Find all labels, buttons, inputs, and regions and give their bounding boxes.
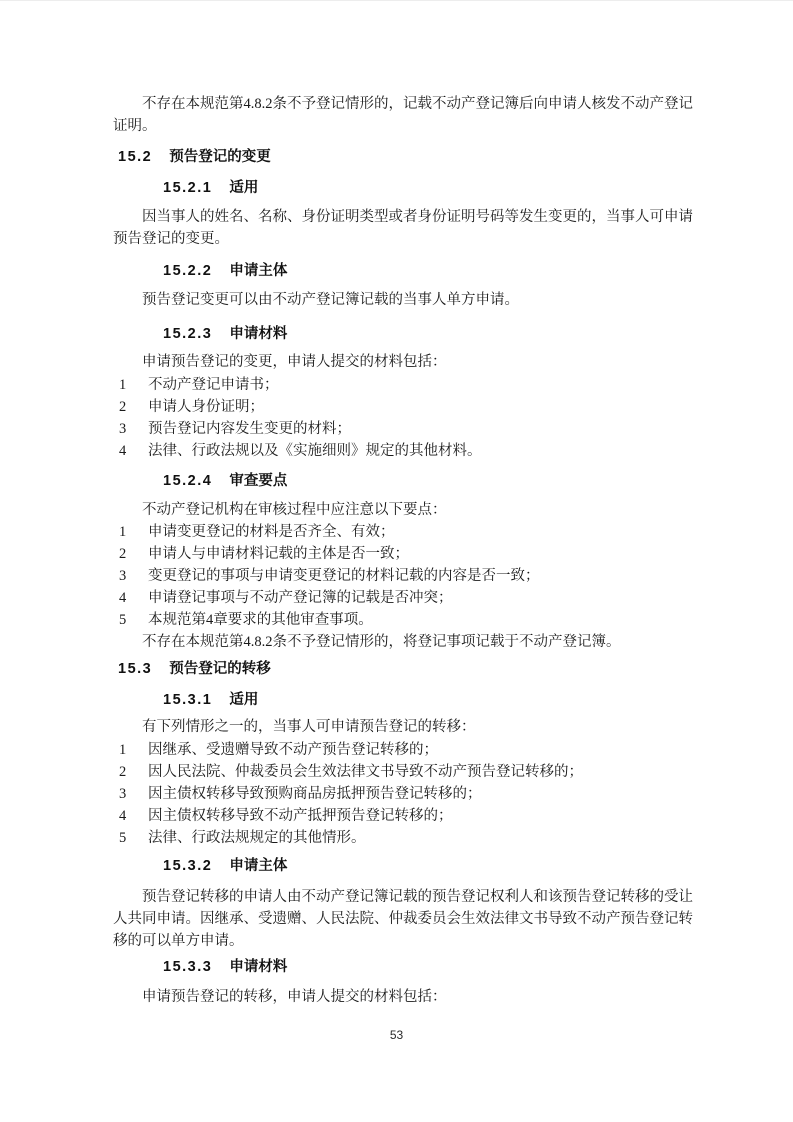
paragraph: 预告登记转移的申请人由不动产登记簿记载的预告登记权利人和该预告登记转移的受让人共… xyxy=(113,886,693,952)
subsection-title: 申请主体 xyxy=(229,263,287,279)
list-item-number: 3 xyxy=(119,783,148,805)
list-item-number: 3 xyxy=(119,565,148,587)
list-item-text: 因主债权转移导致预购商品房抵押预告登记转移的； xyxy=(148,783,693,805)
list-item-text: 变更登记的事项与申请变更登记的材料记载的内容是否一致； xyxy=(148,565,693,587)
list-item-text: 不动产登记申请书； xyxy=(148,374,693,396)
list-item-number: 4 xyxy=(119,440,148,462)
subsection-title: 申请材料 xyxy=(229,959,287,975)
list-item-text: 申请变更登记的材料是否齐全、有效； xyxy=(148,521,693,543)
subsection-title: 申请材料 xyxy=(229,326,287,342)
intro-paragraph: 不存在本规范第4.8.2条不予登记情形的，记载不动产登记簿后向申请人核发不动产登… xyxy=(113,93,693,137)
list-item-number: 5 xyxy=(119,827,148,849)
list-lead-paragraph: 申请预告登记的转移，申请人提交的材料包括： xyxy=(113,986,693,1008)
list-item: 2 申请人身份证明； xyxy=(113,396,693,418)
list-item: 1 申请变更登记的材料是否齐全、有效； xyxy=(113,521,693,543)
list-item: 3 预告登记内容发生变更的材料； xyxy=(113,418,693,440)
list-item-text: 申请人与申请材料记载的主体是否一致； xyxy=(148,543,693,565)
subsection-number: 15.3.1 xyxy=(163,692,212,708)
numbered-list: 1 申请变更登记的材料是否齐全、有效； 2 申请人与申请材料记载的主体是否一致；… xyxy=(113,521,693,631)
numbered-list: 1 不动产登记申请书； 2 申请人身份证明； 3 预告登记内容发生变更的材料； … xyxy=(113,374,693,462)
list-item: 4 申请登记事项与不动产登记簿的记载是否冲突； xyxy=(113,587,693,609)
list-item-text: 法律、行政法规规定的其他情形。 xyxy=(148,827,693,849)
list-item-number: 1 xyxy=(119,739,148,761)
subsection-number: 15.3.2 xyxy=(163,858,212,874)
list-item-text: 申请人身份证明； xyxy=(148,396,693,418)
list-item: 1 因继承、受遗赠导致不动产预告登记转移的； xyxy=(113,739,693,761)
subsection-heading-15-3-1: 15.3.1 适用 xyxy=(113,689,693,711)
paragraph: 因当事人的姓名、名称、身份证明类型或者身份证明号码等发生变更的，当事人可申请预告… xyxy=(113,206,693,250)
list-item: 1 不动产登记申请书； xyxy=(113,374,693,396)
subsection-heading-15-3-3: 15.3.3 申请材料 xyxy=(113,956,693,978)
list-item-number: 3 xyxy=(119,418,148,440)
subsection-heading-15-2-4: 15.2.4 审查要点 xyxy=(113,470,693,492)
section-title: 预告登记的转移 xyxy=(169,661,271,677)
list-item: 4 因主债权转移导致不动产抵押预告登记转移的； xyxy=(113,805,693,827)
section-number: 15.3 xyxy=(118,661,152,677)
paragraph: 预告登记变更可以由不动产登记簿记载的当事人单方申请。 xyxy=(113,289,693,311)
list-item: 3 因主债权转移导致预购商品房抵押预告登记转移的； xyxy=(113,783,693,805)
list-item: 5 法律、行政法规规定的其他情形。 xyxy=(113,827,693,849)
list-item-text: 申请登记事项与不动产登记簿的记载是否冲突； xyxy=(148,587,693,609)
list-item-text: 法律、行政法规以及《实施细则》规定的其他材料。 xyxy=(148,440,693,462)
subsection-number: 15.2.4 xyxy=(163,473,212,489)
list-item: 5 本规范第4章要求的其他审查事项。 xyxy=(113,609,693,631)
list-item-number: 1 xyxy=(119,521,148,543)
subsection-heading-15-2-2: 15.2.2 申请主体 xyxy=(113,260,693,282)
subsection-title: 适用 xyxy=(229,180,258,196)
list-item-text: 因继承、受遗赠导致不动产预告登记转移的； xyxy=(148,739,693,761)
section-heading-15-2: 15.2 预告登记的变更 xyxy=(113,146,693,168)
list-lead-paragraph: 申请预告登记的变更，申请人提交的材料包括： xyxy=(113,351,693,373)
list-item-number: 4 xyxy=(119,587,148,609)
subsection-number: 15.2.2 xyxy=(163,263,212,279)
section-title: 预告登记的变更 xyxy=(169,149,271,165)
list-item-text: 预告登记内容发生变更的材料； xyxy=(148,418,693,440)
section-number: 15.2 xyxy=(118,149,152,165)
section-heading-15-3: 15.3 预告登记的转移 xyxy=(113,658,693,680)
list-item: 4 法律、行政法规以及《实施细则》规定的其他材料。 xyxy=(113,440,693,462)
list-item-text: 因主债权转移导致不动产抵押预告登记转移的； xyxy=(148,805,693,827)
list-item-number: 2 xyxy=(119,761,148,783)
list-item: 3 变更登记的事项与申请变更登记的材料记载的内容是否一致； xyxy=(113,565,693,587)
list-item: 2 申请人与申请材料记载的主体是否一致； xyxy=(113,543,693,565)
subsection-heading-15-2-1: 15.2.1 适用 xyxy=(113,177,693,199)
subsection-number: 15.2.3 xyxy=(163,326,212,342)
list-item: 2 因人民法院、仲裁委员会生效法律文书导致不动产预告登记转移的； xyxy=(113,761,693,783)
list-item-number: 4 xyxy=(119,805,148,827)
subsection-heading-15-2-3: 15.2.3 申请材料 xyxy=(113,323,693,345)
list-lead-paragraph: 不动产登记机构在审核过程中应注意以下要点： xyxy=(113,499,693,521)
page-footer: 53 xyxy=(0,1024,793,1046)
list-lead-paragraph: 有下列情形之一的，当事人可申请预告登记的转移： xyxy=(113,716,693,738)
numbered-list: 1 因继承、受遗赠导致不动产预告登记转移的； 2 因人民法院、仲裁委员会生效法律… xyxy=(113,739,693,849)
subsection-title: 审查要点 xyxy=(229,473,287,489)
page-number: 53 xyxy=(390,1028,403,1042)
document-page: 不存在本规范第4.8.2条不予登记情形的，记载不动产登记簿后向申请人核发不动产登… xyxy=(0,0,793,1122)
list-item-number: 2 xyxy=(119,543,148,565)
subsection-heading-15-3-2: 15.3.2 申请主体 xyxy=(113,855,693,877)
list-item-text: 本规范第4章要求的其他审查事项。 xyxy=(148,609,693,631)
closing-paragraph: 不存在本规范第4.8.2条不予登记情形的，将登记事项记载于不动产登记簿。 xyxy=(113,631,693,653)
list-item-number: 5 xyxy=(119,609,148,631)
subsection-title: 申请主体 xyxy=(229,858,287,874)
list-item-text: 因人民法院、仲裁委员会生效法律文书导致不动产预告登记转移的； xyxy=(148,761,693,783)
subsection-number: 15.3.3 xyxy=(163,959,212,975)
list-item-number: 1 xyxy=(119,374,148,396)
subsection-number: 15.2.1 xyxy=(163,180,212,196)
subsection-title: 适用 xyxy=(229,692,258,708)
list-item-number: 2 xyxy=(119,396,148,418)
